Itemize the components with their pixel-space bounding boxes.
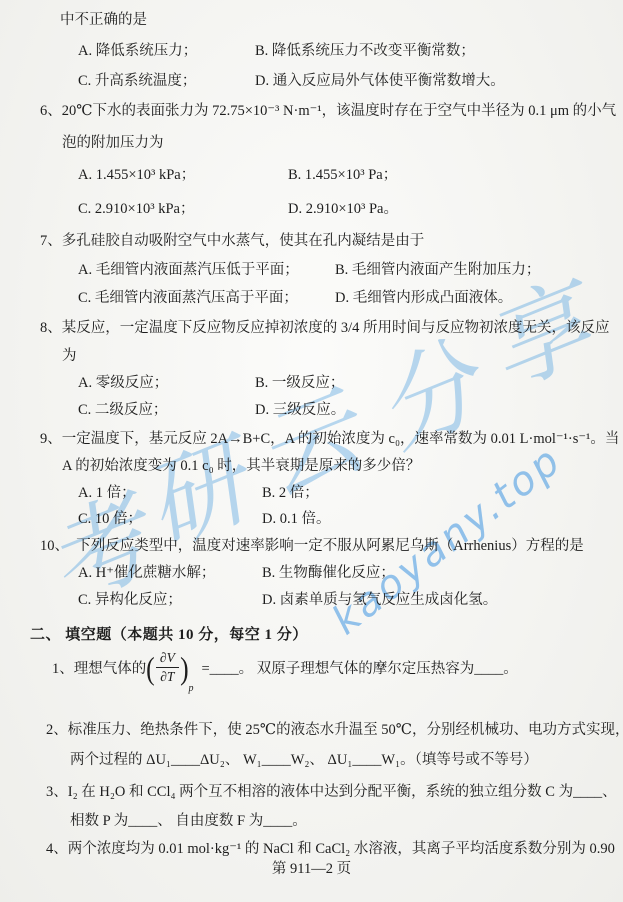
q5-option-d: D. 通入反应局外气体使平衡常数增大。 — [255, 69, 505, 90]
q7-option-a: A. 毛细管内液面蒸汽压低于平面； — [78, 262, 299, 278]
q7-options-ab: A. 毛细管内液面蒸汽压低于平面； B. 毛细管内液面产生附加压力； — [78, 258, 299, 279]
q10-options-cd: C. 异构化反应； D. 卤素单质与氢气反应生成卤化氢。 — [78, 588, 182, 609]
q6-option-b: B. 1.455×10³ Pa； — [288, 163, 397, 184]
fill-q3-line1: 3、I₂ 在 H₂O 和 CCl₄ 两个互不相溶的液体中达到分配平衡，系统的独立… — [46, 780, 617, 801]
fill-q3-line2: 相数 P 为____、 自由度数 F 为____。 — [70, 809, 307, 830]
fill-q2-line1: 2、标准压力、绝热条件下，使 25℃的液态水升温至 50℃，分别经机械功、电功方… — [46, 718, 623, 739]
q9-option-a: A. 1 倍； — [78, 485, 136, 501]
q10-option-d: D. 卤素单质与氢气反应生成卤化氢。 — [262, 588, 497, 609]
q5-stem-continuation: 中不正确的是 — [60, 8, 147, 29]
q6-stem-line2: 泡的附加压力为 — [62, 131, 164, 152]
q10-stem-line1: 10、 下列反应类型中，温度对速率影响一定不服从阿累尼乌斯（Arrhenius）… — [40, 534, 584, 555]
right-paren: ) — [180, 652, 189, 684]
page-number: 第 911—2 页 — [0, 857, 623, 878]
q9-options-cd: C. 10 倍； D. 0.1 倍。 — [78, 507, 142, 528]
q6-option-a: A. 1.455×10³ kPa； — [78, 167, 195, 183]
fill-q4-line1: 4、两个浓度均为 0.01 mol·kg⁻¹ 的 NaCl 和 CaCl₂ 水溶… — [46, 837, 615, 858]
q9-stem-line2: A 的初始浓度变为 0.1 c₀ 时，其半衰期是原来的多少倍？ — [62, 454, 420, 475]
exam-page: 考 研 云 分 享 kaoyany.top 中不正确的是 A. 降低系统压力； … — [0, 0, 623, 902]
q6-options-ab: A. 1.455×10³ kPa； B. 1.455×10³ Pa； — [78, 163, 195, 184]
q8-option-c: C. 二级反应； — [78, 402, 167, 418]
q8-option-a: A. 零级反应； — [78, 375, 168, 391]
q10-option-a: A. H⁺催化蔗糖水解； — [78, 565, 215, 581]
q7-stem-line1: 7、多孔硅胶自动吸附空气中水蒸气，使其在孔内凝结是由于 — [40, 229, 424, 250]
q9-option-b: B. 2 倍； — [262, 481, 319, 502]
q6-stem-line1: 6、20℃下水的表面张力为 72.75×10⁻³ N·m⁻¹，该温度时存在于空气… — [40, 99, 616, 120]
q8-option-b: B. 一级反应； — [255, 371, 344, 392]
pressure-subscript: p — [188, 683, 193, 694]
fraction-denominator: ∂T — [160, 668, 174, 685]
q7-option-c: C. 毛细管内液面蒸汽压高于平面； — [78, 290, 298, 306]
q8-stem-line2: 为 — [62, 344, 77, 365]
q5-option-a: A. 降低系统压力； — [78, 43, 197, 59]
fill-q1: 1、理想气体的 ( ∂V ∂T ) p =____。 双原子理想气体的摩尔定压热… — [52, 650, 518, 685]
section2-title: 二、 填空题（本题共 10 分，每空 1 分） — [30, 623, 308, 644]
fill-q2-line2: 两个过程的 ΔU₁____ΔU₂、 W₁____W₂、 ΔU₁____W₁。（填… — [70, 748, 538, 769]
fill-q1-prefix: 1、理想气体的 — [52, 657, 146, 678]
fraction-numerator: ∂V — [156, 650, 179, 668]
q7-options-cd: C. 毛细管内液面蒸汽压高于平面； D. 毛细管内形成凸面液体。 — [78, 286, 298, 307]
q5-option-b: B. 降低系统压力不改变平衡常数； — [255, 39, 475, 60]
q5-options-cd: C. 升高系统温度； D. 通入反应局外气体使平衡常数增大。 — [78, 69, 196, 90]
q8-options-cd: C. 二级反应； D. 三级反应。 — [78, 398, 167, 419]
partial-derivative-fraction: ∂V ∂T — [156, 650, 179, 685]
fill-q1-suffix: =____。 双原子理想气体的摩尔定压热容为____。 — [201, 657, 517, 678]
q10-options-ab: A. H⁺催化蔗糖水解； B. 生物酶催化反应； — [78, 561, 215, 582]
q6-option-d: D. 2.910×10³ Pa。 — [288, 197, 398, 218]
q9-options-ab: A. 1 倍； B. 2 倍； — [78, 481, 136, 502]
q6-options-cd: C. 2.910×10³ kPa； D. 2.910×10³ Pa。 — [78, 197, 194, 218]
q8-options-ab: A. 零级反应； B. 一级反应； — [78, 371, 168, 392]
q8-option-d: D. 三级反应。 — [255, 398, 345, 419]
left-paren: ( — [146, 652, 155, 684]
q9-option-d: D. 0.1 倍。 — [262, 507, 330, 528]
q6-option-c: C. 2.910×10³ kPa； — [78, 201, 194, 217]
q10-option-c: C. 异构化反应； — [78, 592, 182, 608]
q5-options-ab: A. 降低系统压力； B. 降低系统压力不改变平衡常数； — [78, 39, 197, 60]
q7-option-d: D. 毛细管内形成凸面液体。 — [335, 286, 512, 307]
q5-option-c: C. 升高系统温度； — [78, 73, 196, 89]
q8-stem-line1: 8、某反应，一定温度下反应物反应掉初浓度的 3/4 所用时间与反应物初浓度无关，… — [40, 316, 610, 337]
q7-option-b: B. 毛细管内液面产生附加压力； — [335, 258, 540, 279]
q9-option-c: C. 10 倍； — [78, 511, 142, 527]
q10-option-b: B. 生物酶催化反应； — [262, 561, 395, 582]
q9-stem-line1: 9、一定温度下，基元反应 2A→B+C，A 的初始浓度为 c₀，速率常数为 0.… — [40, 427, 619, 448]
